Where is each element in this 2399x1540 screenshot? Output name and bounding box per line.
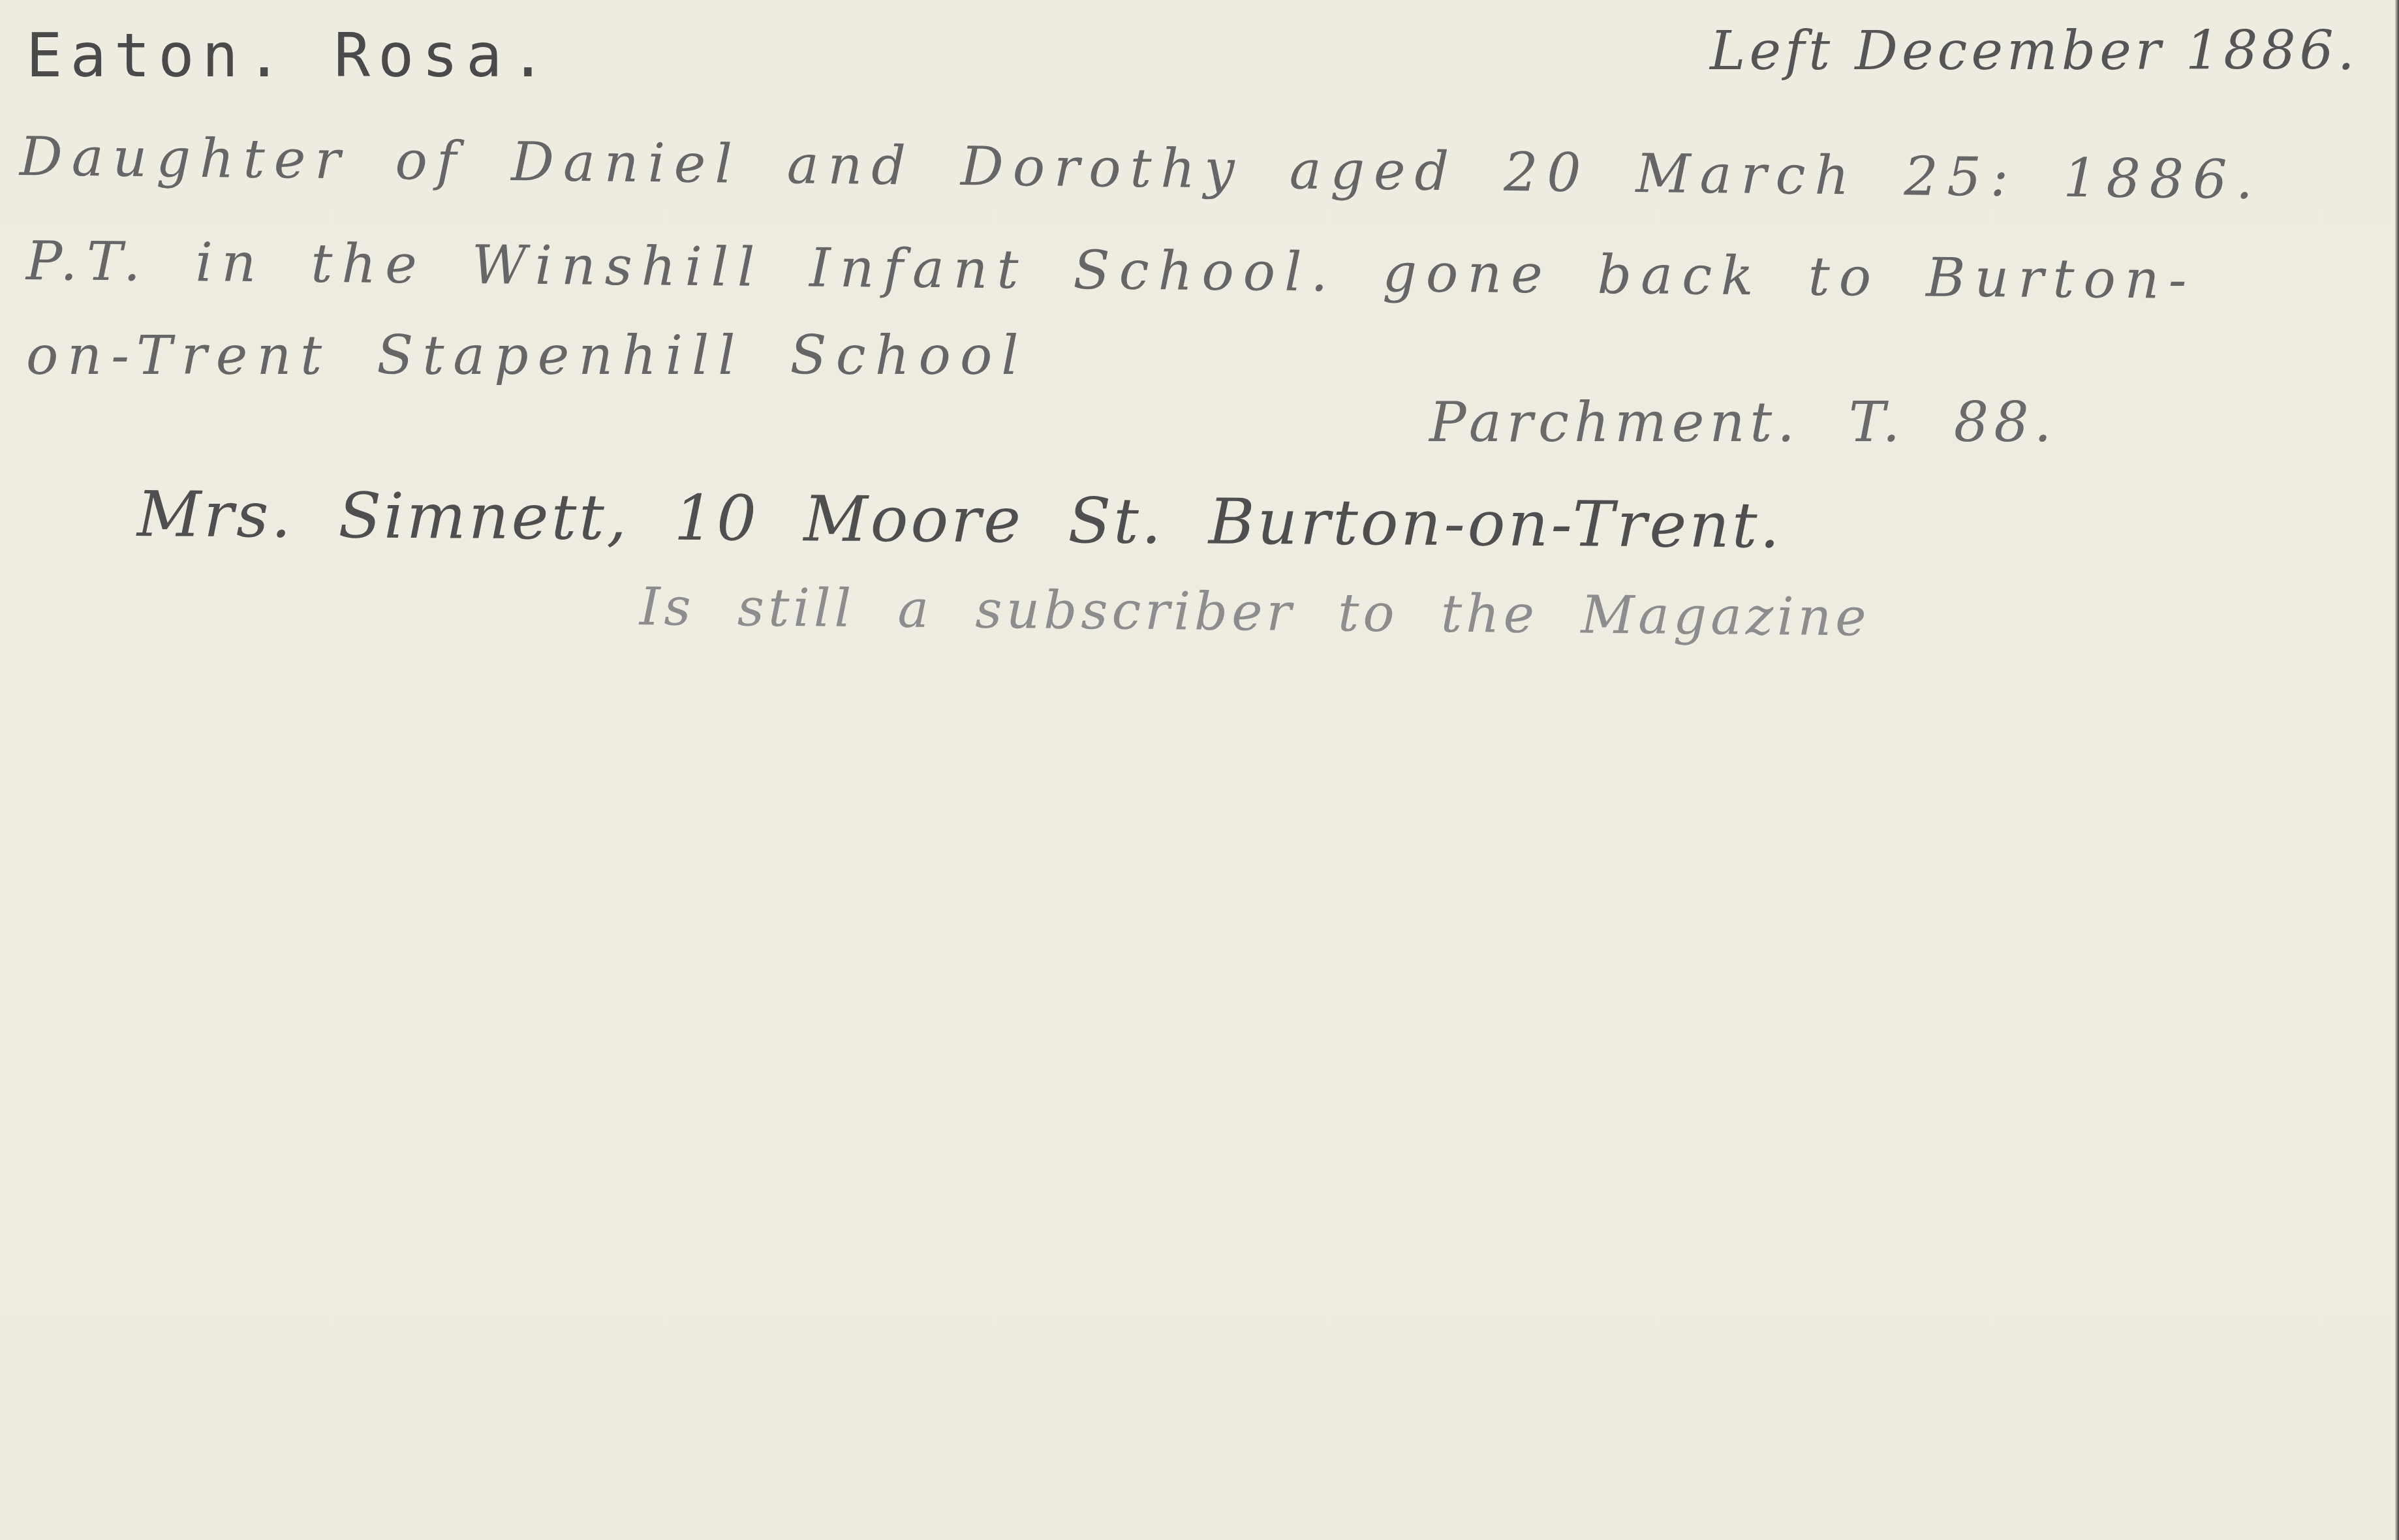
name-heading: Eaton. Rosa. (26, 26, 554, 86)
certificate-note: Parchment. T. 88. (1429, 395, 2056, 450)
description-line: on-Trent Stapenhill School (26, 330, 1027, 383)
description-line: P.T. in the Winshill Infant School. gone… (26, 235, 2196, 307)
address-line: Mrs. Simnett, 10 Moore St. Burton-on-Tre… (137, 483, 1783, 557)
subscriber-note: Is still a subscriber to the Magazine (640, 581, 1870, 643)
description-line: Daughter of Daniel and Dorothy aged 20 M… (20, 131, 2263, 208)
record-card: Eaton. Rosa. Left December 1886. Daughte… (0, 0, 2399, 1540)
left-date: Left December 1886. (1710, 25, 2359, 78)
